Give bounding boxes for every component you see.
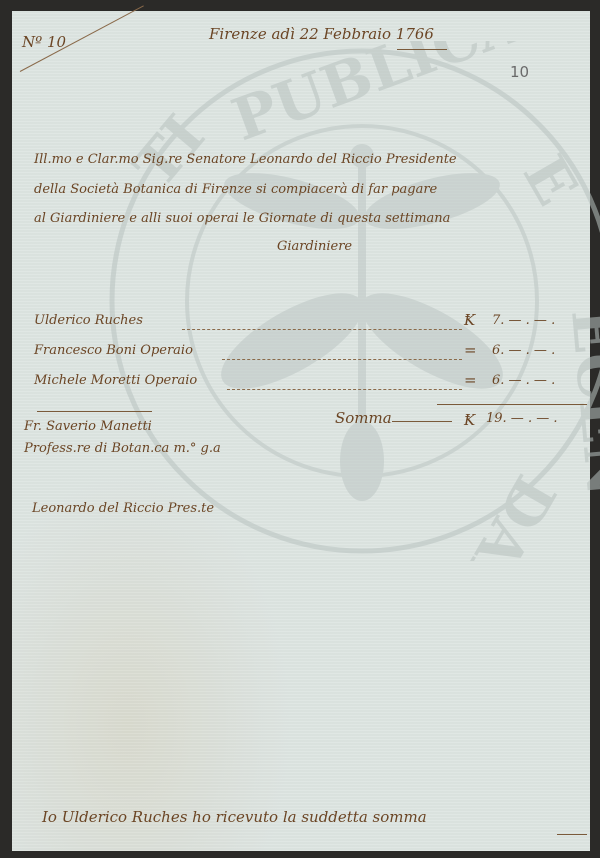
address-line-2: della Società Botanica di Firenze si com… — [34, 182, 437, 197]
total-amount: 19. — . — . — [486, 411, 557, 426]
signature-del-riccio: Leonardo del Riccio Pres.te — [32, 501, 214, 516]
date-underline — [397, 49, 447, 50]
signature-manetti: Fr. Saverio Manetti — [24, 419, 152, 434]
total-currency: Ꝁ — [464, 411, 475, 429]
svg-text:ECEN: ECEN — [558, 306, 600, 499]
receipt-flourish — [557, 834, 587, 835]
svg-text:E: E — [510, 144, 591, 216]
leader-dots — [227, 389, 462, 390]
entry-name-2: Francesco Boni Operaio — [34, 343, 193, 358]
total-label: Somma — [335, 409, 392, 427]
receipt-line: Io Ulderico Ruches ho ricevuto la suddet… — [42, 808, 427, 826]
leader-dots — [182, 329, 462, 330]
heading-giardiniere: Giardiniere — [277, 239, 352, 254]
document-page: TI PUBLICA E ECEN DAE Nº 10 Firenze adì … — [12, 11, 590, 851]
entry-currency-3: = — [464, 371, 477, 389]
dateline: Firenze adì 22 Febbraio 1766 — [209, 25, 434, 43]
signature-rule — [37, 411, 152, 412]
entry-name-1: Ulderico Ruches — [34, 313, 143, 328]
entry-currency-1: Ꝁ — [464, 311, 475, 329]
svg-text:PUBLICA: PUBLICA — [224, 41, 532, 154]
seal-watermark-icon: TI PUBLICA E ECEN DAE — [102, 41, 600, 561]
folio-number: 10 — [510, 63, 529, 81]
entry-amount-1: 7. — . — . — [492, 313, 555, 328]
entry-amount-2: 6. — . — . — [492, 343, 555, 358]
entry-amount-3: 6. — . — . — [492, 373, 555, 388]
archive-number: Nº 10 — [22, 33, 66, 51]
entry-currency-2: = — [464, 341, 477, 359]
total-rule — [437, 404, 587, 405]
address-line-3: al Giardiniere e alli suoi operai le Gio… — [34, 211, 450, 226]
leader-dots — [222, 359, 462, 360]
address-line-1: Ill.mo e Clar.mo Sig.re Senatore Leonard… — [34, 152, 457, 167]
entry-name-3: Michele Moretti Operaio — [34, 373, 197, 388]
total-dash — [392, 421, 452, 422]
signature-title: Profess.re di Botan.ca m.° g.a — [24, 441, 221, 456]
svg-text:DAE: DAE — [440, 464, 569, 561]
